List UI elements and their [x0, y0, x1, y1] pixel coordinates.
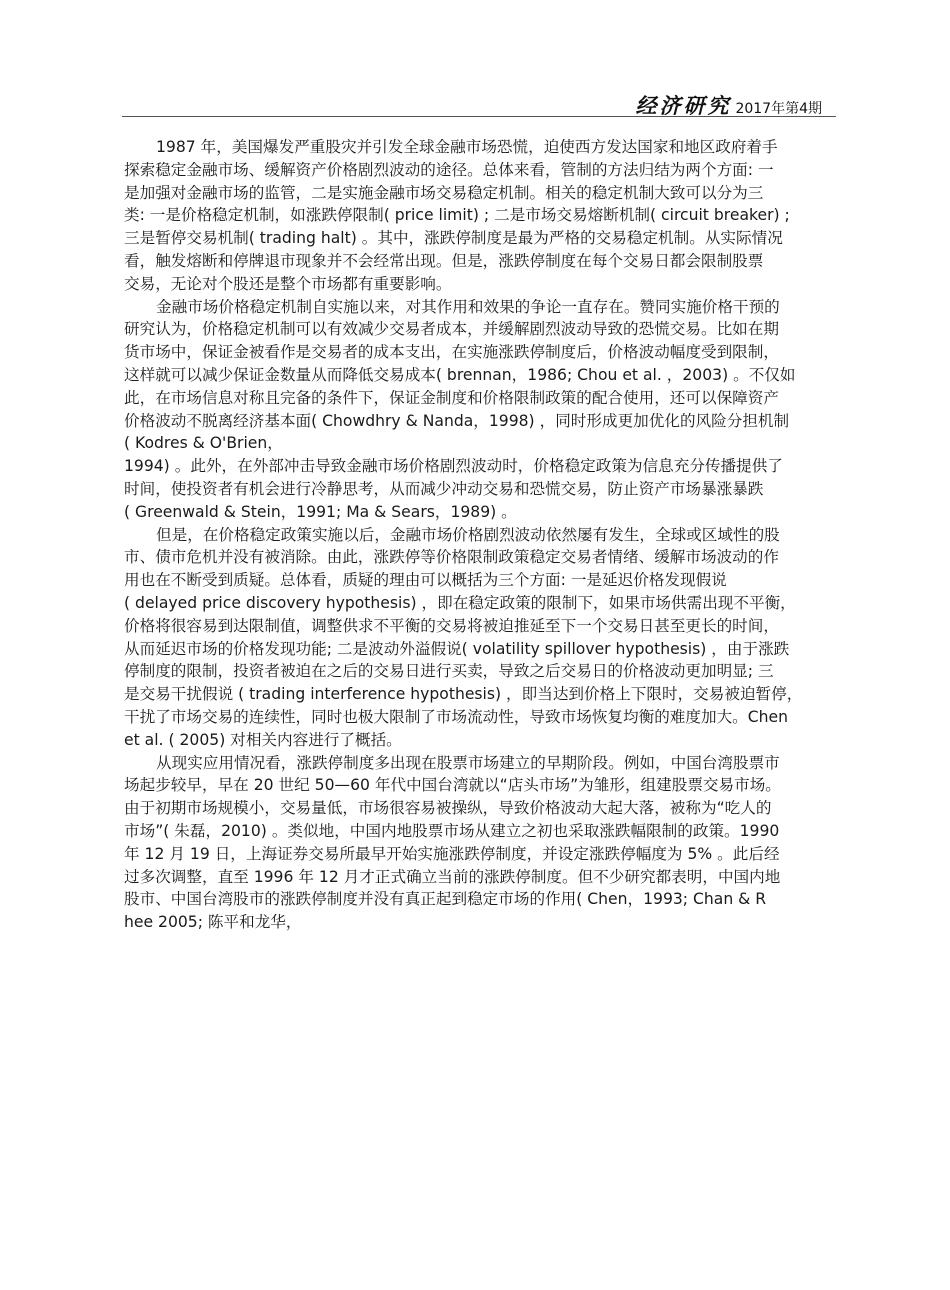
journal-masthead: 经济研究 2017年第4期 [635, 90, 822, 120]
text-line: 场起步较早，早在 20 世纪 50—60 年代中国台湾就以“店头市场”为雏形，组… [124, 774, 836, 797]
text-line: 是加强对金融市场的监管，二是实施金融市场交易稳定机制。相关的稳定机制大致可以分为… [124, 182, 836, 205]
text-line: 年 12 月 19 日，上海证券交易所最早开始实施涨跌停制度，并设定涨跌停幅度为… [124, 843, 836, 866]
article-body: 1987 年，美国爆发严重股灾并引发全球金融市场恐慌，迫使西方发达国家和地区政府… [124, 136, 836, 934]
text-line: 这样就可以减少保证金数量从而降低交易成本( brennan，1986; Chou… [124, 364, 836, 387]
journal-issue: 2017年第4期 [735, 98, 822, 118]
text-line: 类: 一是价格稳定机制，如涨跌停限制( price limit) ; 二是市场交… [124, 204, 836, 227]
text-line: ( Greenwald & Stein，1991; Ma & Sears，198… [124, 501, 836, 524]
text-line: 股市、中国台湾股市的涨跌停制度并没有真正起到稳定市场的作用( Chen，1993… [124, 888, 836, 911]
text-line: 探索稳定金融市场、缓解资产价格剧烈波动的途径。总体来看，管制的方法归结为两个方面… [124, 159, 836, 182]
text-line: 价格将很容易到达限制值，调整供求不平衡的交易将被迫推延至下一个交易日甚至更长的时… [124, 615, 836, 638]
text-line: 从而延迟市场的价格发现功能; 二是波动外溢假说( volatility spil… [124, 638, 836, 661]
paragraph: 金融市场价格稳定机制自实施以来，对其作用和效果的争论一直存在。赞同实施价格干预的… [124, 296, 836, 524]
text-line: hee 2005; 陈平和龙华， [124, 911, 836, 934]
text-line: 1987 年，美国爆发严重股灾并引发全球金融市场恐慌，迫使西方发达国家和地区政府… [124, 136, 836, 159]
text-line: 金融市场价格稳定机制自实施以来，对其作用和效果的争论一直存在。赞同实施价格干预的 [124, 296, 836, 319]
paragraph: 1987 年，美国爆发严重股灾并引发全球金融市场恐慌，迫使西方发达国家和地区政府… [124, 136, 836, 296]
text-line: 货市场中，保证金被看作是交易者的成本支出，在实施涨跌停制度后，价格波动幅度受到限… [124, 341, 836, 364]
text-line: 过多次调整，直至 1996 年 12 月才正式确立当前的涨跌停制度。但不少研究都… [124, 866, 836, 889]
text-line: 但是，在价格稳定政策实施以后，金融市场价格剧烈波动依然屡有发生，全球或区域性的股 [124, 524, 836, 547]
text-line: 时间，使投资者有机会进行冷静思考，从而减少冲动交易和恐慌交易，防止资产市场暴涨暴… [124, 478, 836, 501]
paragraph: 但是，在价格稳定政策实施以后，金融市场价格剧烈波动依然屡有发生，全球或区域性的股… [124, 524, 836, 752]
text-line: et al. ( 2005) 对相关内容进行了概括。 [124, 729, 836, 752]
text-line: 1994) 。此外，在外部冲击导致金融市场价格剧烈波动时，价格稳定政策为信息充分… [124, 455, 836, 478]
text-line: 交易，无论对个股还是整个市场都有重要影响。 [124, 273, 836, 296]
text-line: ( Kodres & O'Brien， [124, 432, 836, 455]
text-line: 停制度的限制，投资者被迫在之后的交易日进行买卖，导致之后交易日的价格波动更加明显… [124, 660, 836, 683]
text-line: 市场”( 朱磊，2010) 。类似地，中国内地股票市场从建立之初也采取涨跌幅限制… [124, 820, 836, 843]
paragraph: 从现实应用情况看，涨跌停制度多出现在股票市场建立的早期阶段。例如，中国台湾股票市… [124, 752, 836, 934]
text-line: 价格波动不脱离经济基本面( Chowdhry & Nanda，1998) ，同时… [124, 410, 836, 433]
text-line: 从现实应用情况看，涨跌停制度多出现在股票市场建立的早期阶段。例如，中国台湾股票市 [124, 752, 836, 775]
text-line: ( delayed price discovery hypothesis) ，即… [124, 592, 836, 615]
text-line: 研究认为，价格稳定机制可以有效减少交易者成本，并缓解剧烈波动导致的恐慌交易。比如… [124, 318, 836, 341]
text-line: 三是暂停交易机制( trading halt) 。其中，涨跌停制度是最为严格的交… [124, 227, 836, 250]
journal-logo: 经济研究 [635, 90, 731, 120]
text-line: 用也在不断受到质疑。总体看，质疑的理由可以概括为三个方面: 一是延迟价格发现假说 [124, 569, 836, 592]
page-header: 经济研究 2017年第4期 [122, 88, 836, 117]
text-line: 是交易干扰假说 ( trading interference hypothesi… [124, 683, 836, 706]
text-line: 由于初期市场规模小，交易量低，市场很容易被操纵，导致价格波动大起大落，被称为“吃… [124, 797, 836, 820]
text-line: 干扰了市场交易的连续性，同时也极大限制了市场流动性，导致市场恢复均衡的难度加大。… [124, 706, 836, 729]
text-line: 此，在市场信息对称且完备的条件下，保证金制度和价格限制政策的配合使用，还可以保障… [124, 387, 836, 410]
text-line: 看，触发熔断和停牌退市现象并不会经常出现。但是，涨跌停制度在每个交易日都会限制股… [124, 250, 836, 273]
text-line: 市、债市危机并没有被消除。由此，涨跌停等价格限制政策稳定交易者情绪、缓解市场波动… [124, 546, 836, 569]
